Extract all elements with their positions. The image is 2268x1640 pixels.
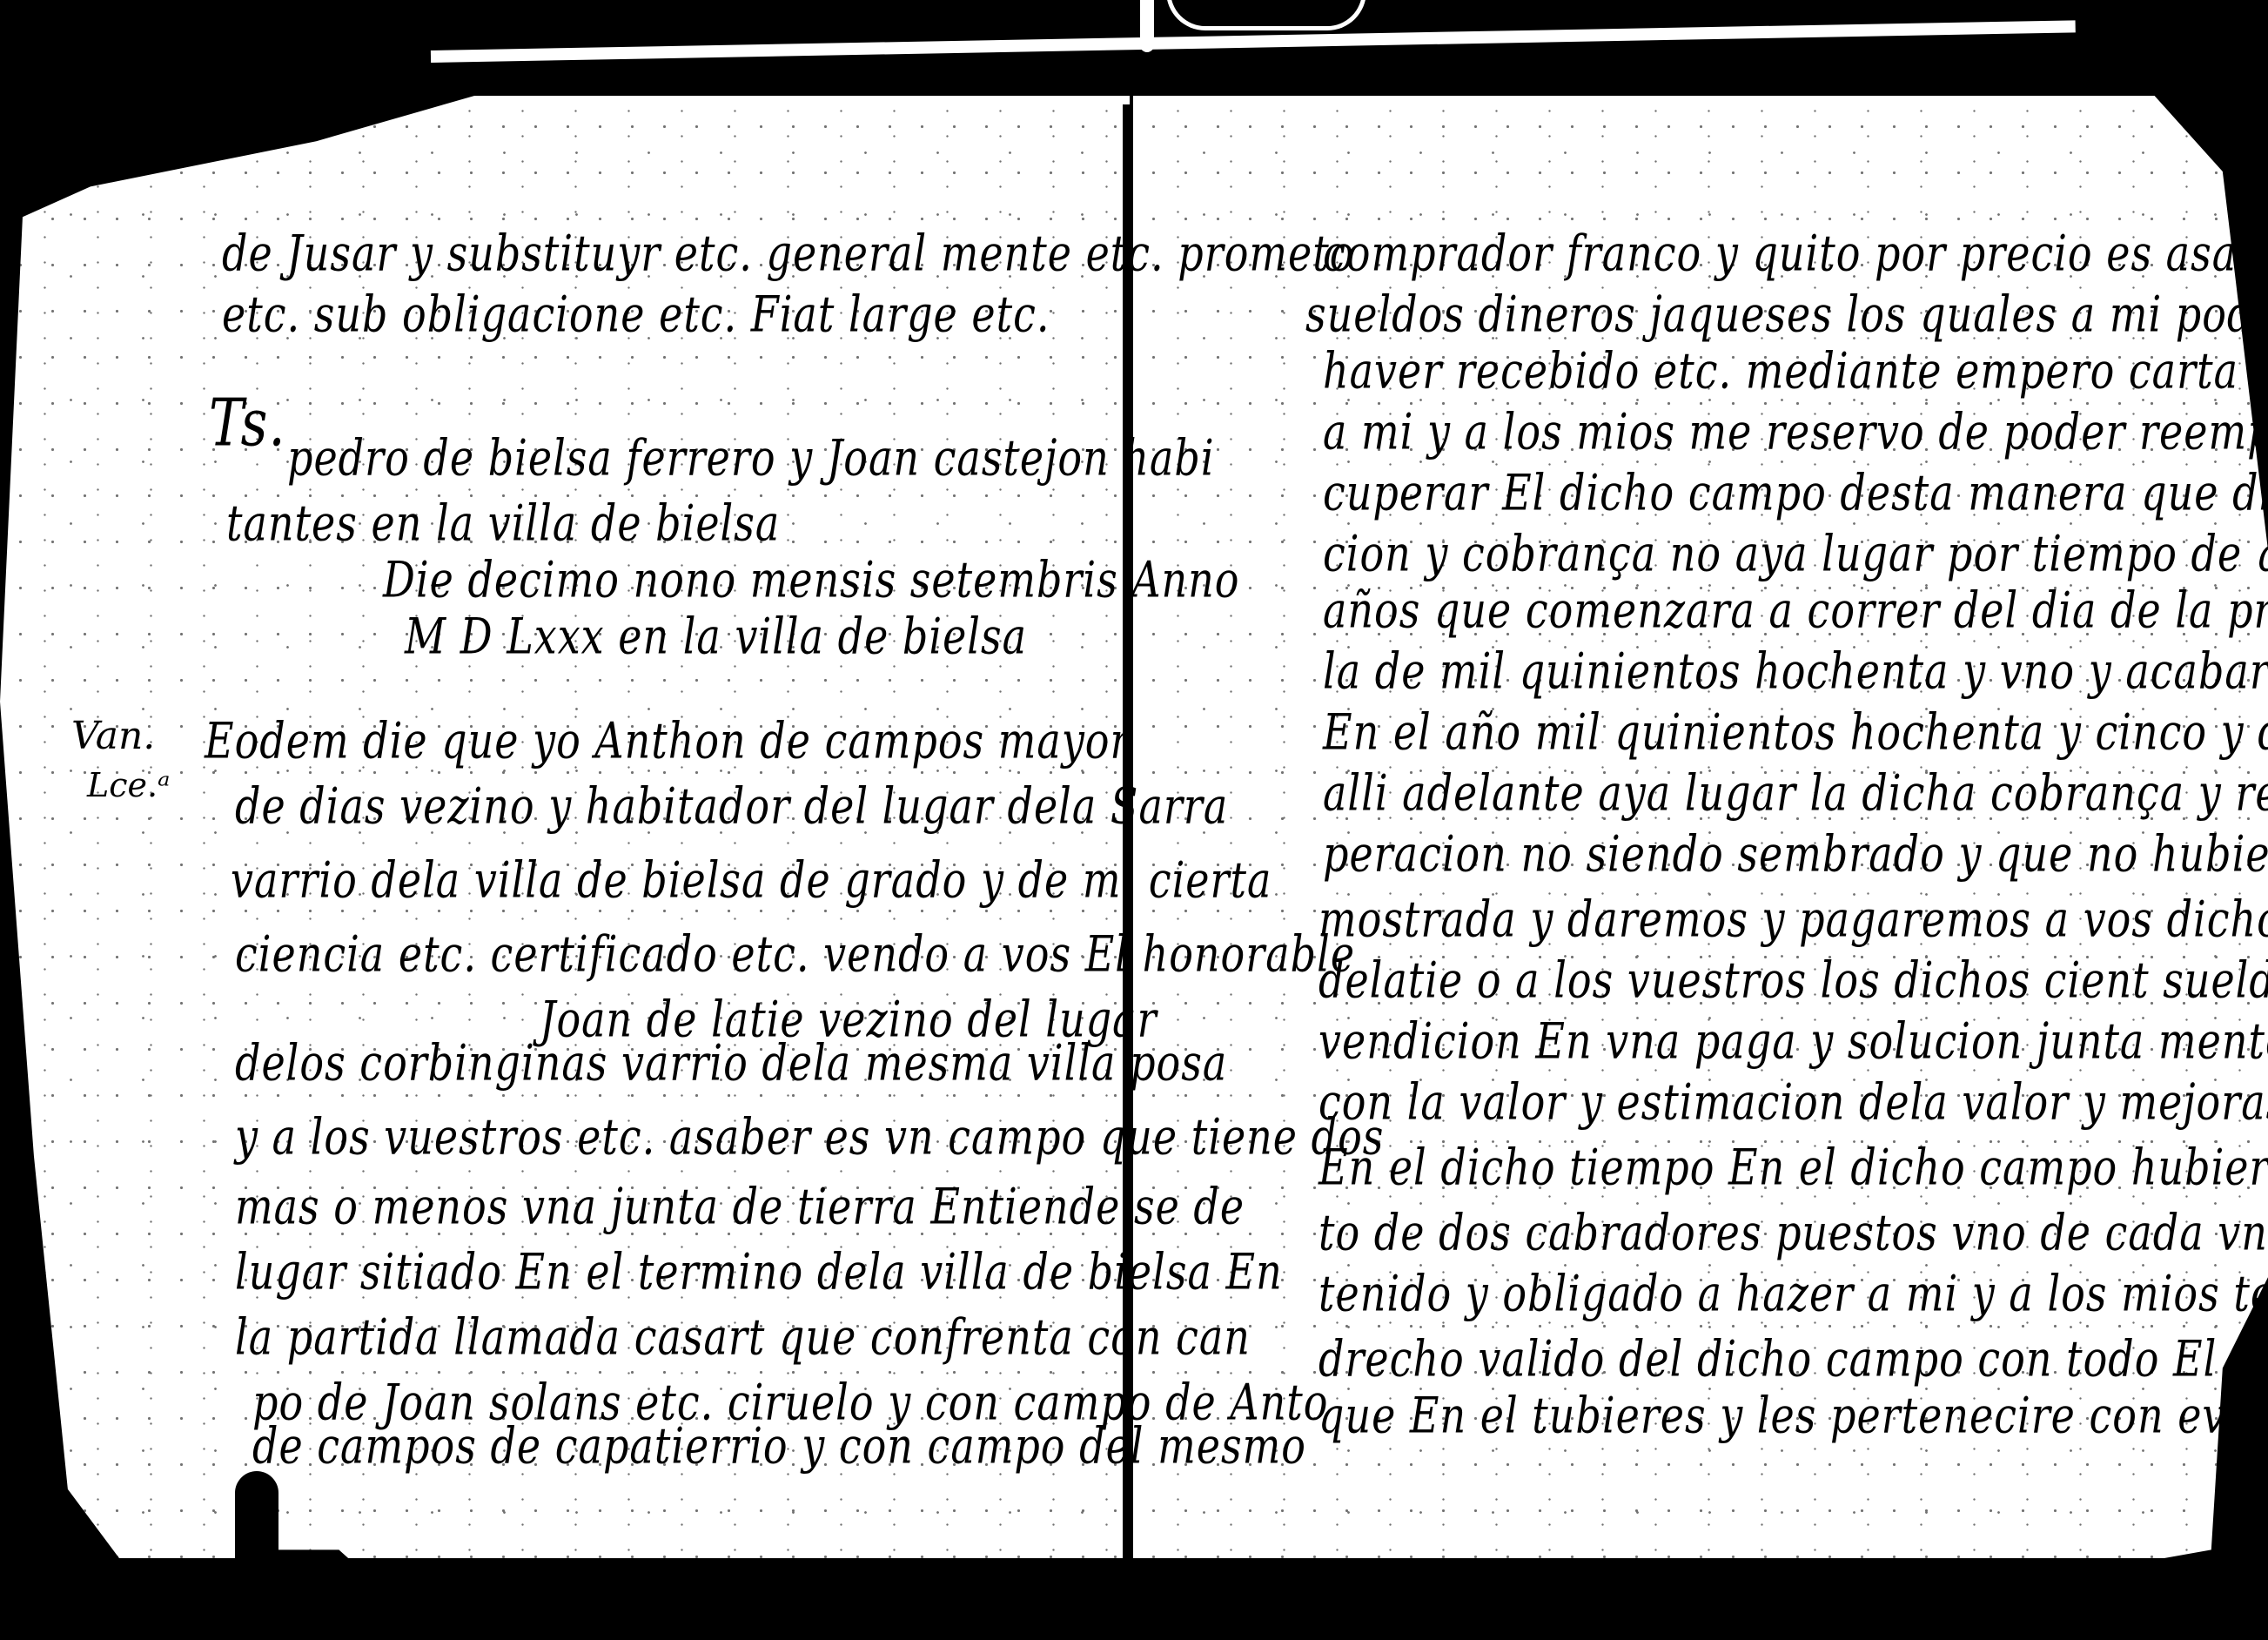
text-line: pedro de bielsa ferrero y Joan castejon … [287,428,1215,487]
text-line: En el año mil quinientos hochenta y cinc… [1323,702,2268,762]
text-line: años que comenzara a correr del dia de l… [1323,581,2268,640]
text-line: tenido y obligado a hazer a mi y a los m… [1319,1264,2268,1323]
text-line: lugar sitiado En el termino dela villa d… [235,1242,1283,1301]
text-line: cion y cobrança no aya lugar por tiempo … [1323,524,2268,583]
text-line: vendicion En vna paga y solucion junta m… [1319,1012,2268,1071]
text-line: con la valor y estimacion dela valor y m… [1319,1072,2268,1132]
margin-note: Lce.ᵃ [87,766,170,804]
text-line: En el dicho tiempo En el dicho campo hub… [1319,1138,2268,1197]
text-line: delatie o a los vuestros los dichos cien… [1319,951,2268,1010]
text-line: varrio dela villa de bielsa de grado y d… [231,850,1272,910]
text-line: etc. sub obligacione etc. Fiat large etc… [222,285,1050,344]
text-line: Ts. [209,386,286,462]
manuscript-scan: Van. Lce.ᵃ de Jusar y substituyr etc. ge… [0,0,2268,1640]
bottom-edge-shadow [0,1558,2268,1640]
text-line: mostrada y daremos y pagaremos a vos dic… [1319,890,2268,949]
text-line: de Jusar y substituyr etc. general mente… [222,224,1354,283]
text-line: cuperar El dicho campo desta manera que … [1323,463,2268,522]
text-line: M D Lxxx en la villa de bielsa [405,607,1027,666]
text-line: Die decimo nono mensis setembris Anno [383,550,1240,609]
text-line: ciencia etc. certificado etc. vendo a vo… [235,924,1355,984]
text-line: la partida llamada casart que confrenta … [235,1307,1251,1367]
text-line: la de mil quinientos hochenta y vno y ac… [1323,642,2268,701]
text-line: drecho valido del dicho campo con todo E… [1319,1329,2268,1388]
text-line: de dias vezino y habitador del lugar del… [235,776,1228,836]
text-line: y a los vuestros etc. asaber es vn campo… [235,1107,1384,1166]
text-line: peracion no siendo sembrado y que no hub… [1323,824,2268,884]
text-line: mas o menos vna junta de tierra Entiende… [235,1177,1245,1236]
text-line: tantes en la villa de bielsa [226,494,780,553]
text-line: que En el tubieres y les pertenecire con… [1319,1386,2268,1445]
text-line: delos corbinginas varrio dela mesma vill… [235,1033,1227,1092]
text-line: Eodem die que yo Anthon de campos mayor [205,711,1131,770]
text-line: de campos de capatierrio y con campo del… [252,1416,1306,1475]
text-line: alli adelante aya lugar la dicha cobranç… [1323,763,2268,823]
text-line: comprador franco y quito por precio es a… [1323,224,2268,283]
text-line: a mi y a los mios me reservo de poder re… [1323,402,2268,461]
binding-ornament [1166,0,1366,30]
text-line: haver recebido etc. mediante empero cart… [1323,341,2268,400]
text-line: sueldos dineros jaqueses los quales a mi… [1305,285,2268,344]
text-line: to de dos cabradores puestos vno de cada… [1319,1203,2268,1262]
margin-note: Van. [71,714,155,758]
